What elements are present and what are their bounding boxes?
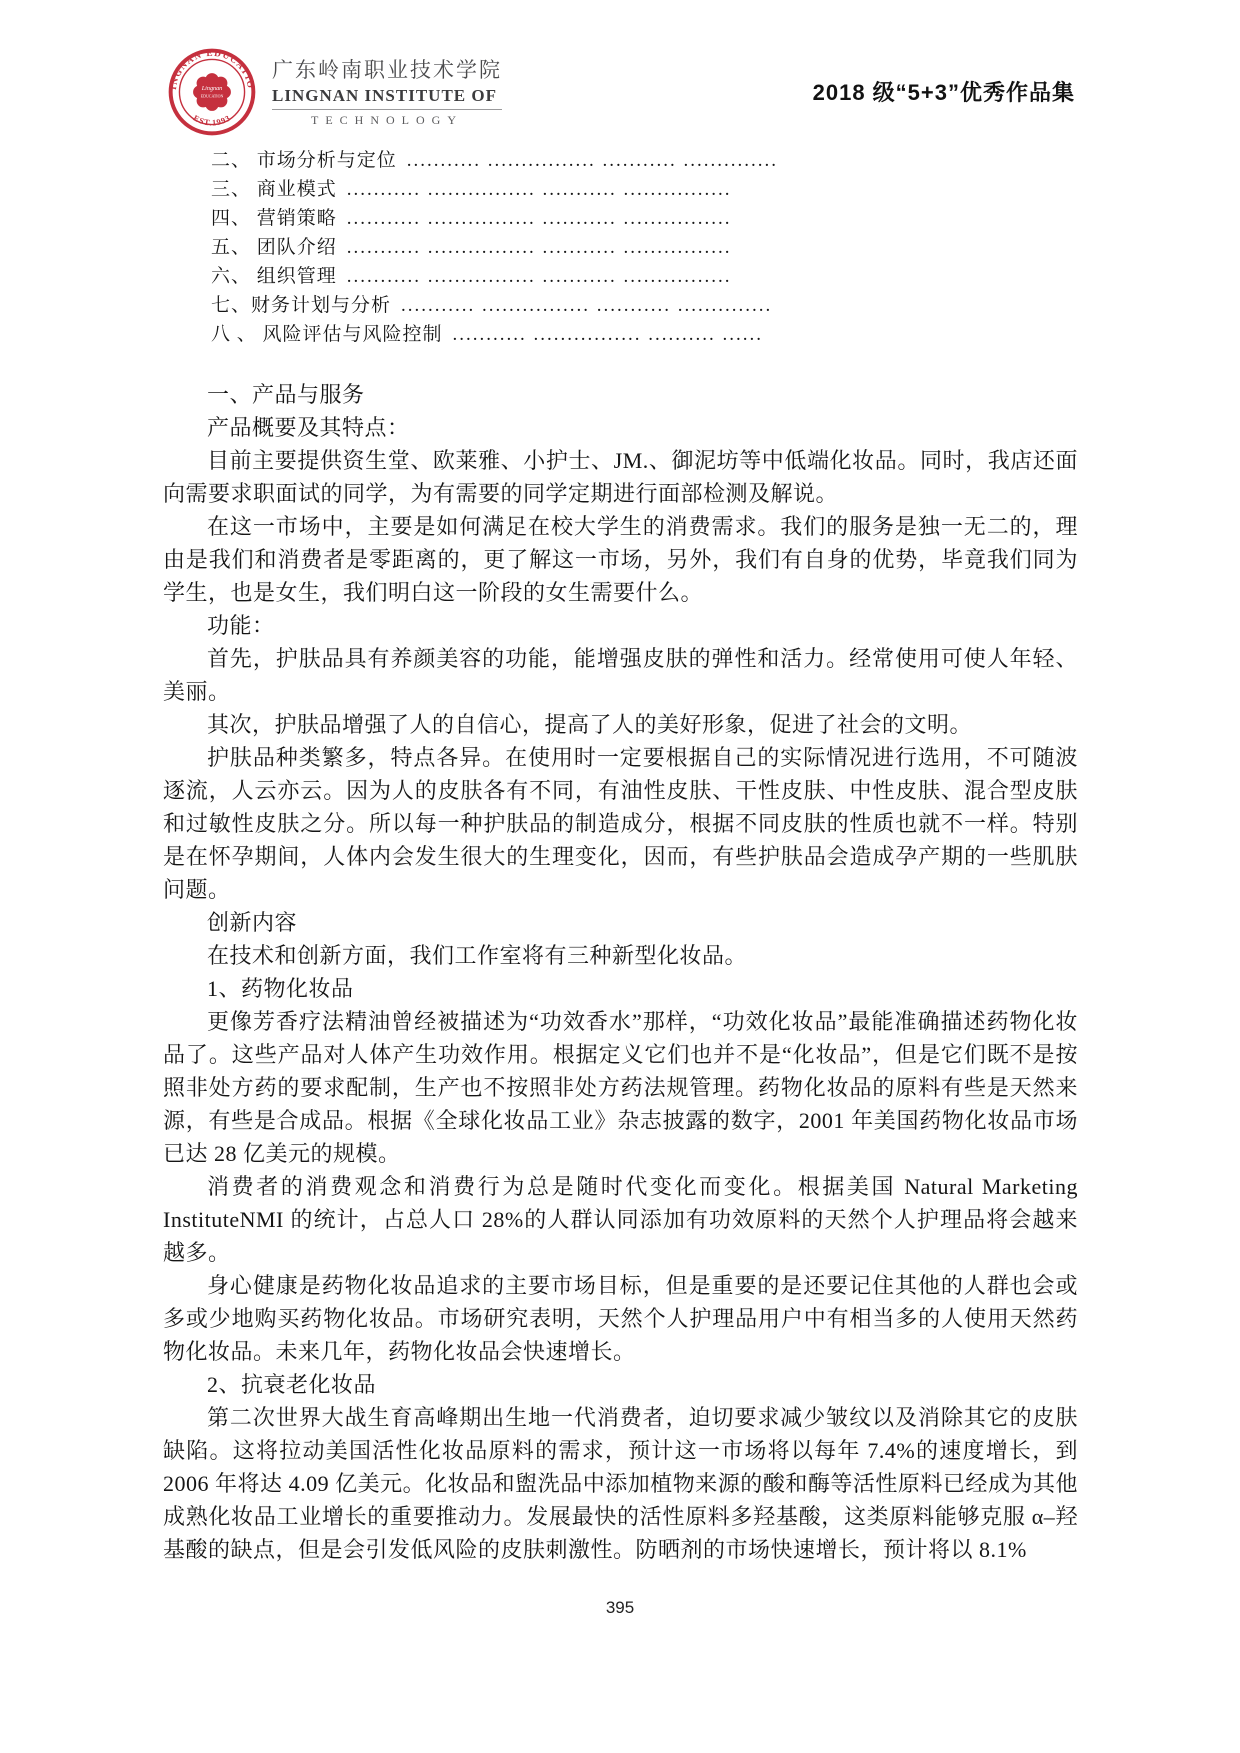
logo-en-line2: TECHNOLOGY (272, 109, 502, 127)
toc-dot-leader: ........... ................ ...........… (391, 291, 772, 320)
svg-text:EDUCATION: EDUCATION (201, 93, 224, 98)
paragraph: 产品概要及其特点： (163, 411, 1078, 444)
collection-title: 2018 级“5+3”优秀作品集 (813, 76, 1075, 107)
document-body: 一、产品与服务 产品概要及其特点： 目前主要提供资生堂、欧莱雅、小护士、JM.、… (163, 378, 1078, 1566)
paragraph: 创新内容 (163, 906, 1078, 939)
logo-cn-name: 广东岭南职业技术学院 (272, 58, 502, 84)
paragraph: 2、抗衰老化妆品 (163, 1368, 1078, 1401)
toc-item-label: 三、 商业模式 (211, 175, 337, 204)
toc-item: 二、 市场分析与定位 ........... ................ … (163, 146, 1077, 175)
toc-dot-leader: ........... ................ ...........… (337, 204, 732, 233)
paragraph: 目前主要提供资生堂、欧莱雅、小护士、JM.、御泥坊等中低端化妆品。同时，我店还面… (163, 444, 1078, 510)
toc-item: 五、 团队介绍 ........... ................ ...… (163, 233, 1077, 262)
toc-item-label: 五、 团队介绍 (211, 233, 337, 262)
institute-seal-icon: LINGNAN EDUCATION EST.1993 Lingnan (168, 48, 256, 136)
toc-item: 六、 组织管理 ........... ................ ...… (163, 262, 1077, 291)
toc-dot-leader: ........... ................ ...........… (397, 146, 778, 175)
table-of-contents: 二、 市场分析与定位 ........... ................ … (163, 146, 1077, 349)
toc-dot-leader: ........... ................ ...........… (337, 233, 732, 262)
toc-dot-leader: ........... ................ .......... … (443, 320, 764, 349)
paragraph: 一、产品与服务 (163, 378, 1078, 411)
toc-item-label: 四、 营销策略 (211, 204, 337, 233)
document-page: LINGNAN EDUCATION EST.1993 Lingnan (0, 0, 1240, 1753)
toc-item-label: 八 、 风险评估与风险控制 (211, 320, 443, 349)
page-footer: 395 (0, 1598, 1240, 1618)
svg-text:Lingnan: Lingnan (201, 86, 223, 92)
paragraph: 在这一市场中，主要是如何满足在校大学生的消费需求。我们的服务是独一无二的，理由是… (163, 510, 1078, 609)
toc-dot-leader: ........... ................ ...........… (337, 262, 732, 291)
paragraph: 第二次世界大战生育高峰期出生地一代消费者，迫切要求减少皱纹以及消除其它的皮肤缺陷… (163, 1401, 1078, 1566)
page-number: 395 (606, 1598, 634, 1617)
seal-flower-icon: Lingnan EDUCATION (193, 73, 231, 111)
paragraph: 消费者的消费观念和消费行为总是随时代变化而变化。根据美国 Natural Mar… (163, 1170, 1078, 1269)
toc-item: 四、 营销策略 ........... ................ ...… (163, 204, 1077, 233)
page-header: LINGNAN EDUCATION EST.1993 Lingnan (0, 0, 1240, 150)
toc-item-label: 七、财务计划与分析 (211, 291, 391, 320)
toc-item: 八 、 风险评估与风险控制 ........... ..............… (163, 320, 1077, 349)
paragraph: 功能： (163, 609, 1078, 642)
paragraph: 护肤品种类繁多，特点各异。在使用时一定要根据自己的实际情况进行选用，不可随波逐流… (163, 741, 1078, 906)
paragraph: 1、药物化妆品 (163, 972, 1078, 1005)
paragraph: 首先，护肤品具有养颜美容的功能，能增强皮肤的弹性和活力。经常使用可使人年轻、美丽… (163, 642, 1078, 708)
paragraph: 其次，护肤品增强了人的自信心，提高了人的美好形象，促进了社会的文明。 (163, 708, 1078, 741)
svg-text:EST.1993: EST.1993 (192, 113, 233, 127)
institute-logo: LINGNAN EDUCATION EST.1993 Lingnan (168, 48, 502, 136)
logo-en-line1: LINGNAN INSTITUTE OF (272, 84, 502, 107)
toc-item: 三、 商业模式 ........... ................ ...… (163, 175, 1077, 204)
toc-item-label: 六、 组织管理 (211, 262, 337, 291)
toc-dot-leader: ........... ................ ...........… (337, 175, 732, 204)
paragraph: 更像芳香疗法精油曾经被描述为“功效香水”那样，“功效化妆品”最能准确描述药物化妆… (163, 1005, 1078, 1170)
toc-item: 七、财务计划与分析 ........... ................ .… (163, 291, 1077, 320)
paragraph: 在技术和创新方面，我们工作室将有三种新型化妆品。 (163, 939, 1078, 972)
paragraph: 身心健康是药物化妆品追求的主要市场目标，但是重要的是还要记住其他的人群也会或多或… (163, 1269, 1078, 1368)
toc-item-label: 二、 市场分析与定位 (211, 146, 397, 175)
logo-text-block: 广东岭南职业技术学院 LINGNAN INSTITUTE OF TECHNOLO… (272, 58, 502, 127)
